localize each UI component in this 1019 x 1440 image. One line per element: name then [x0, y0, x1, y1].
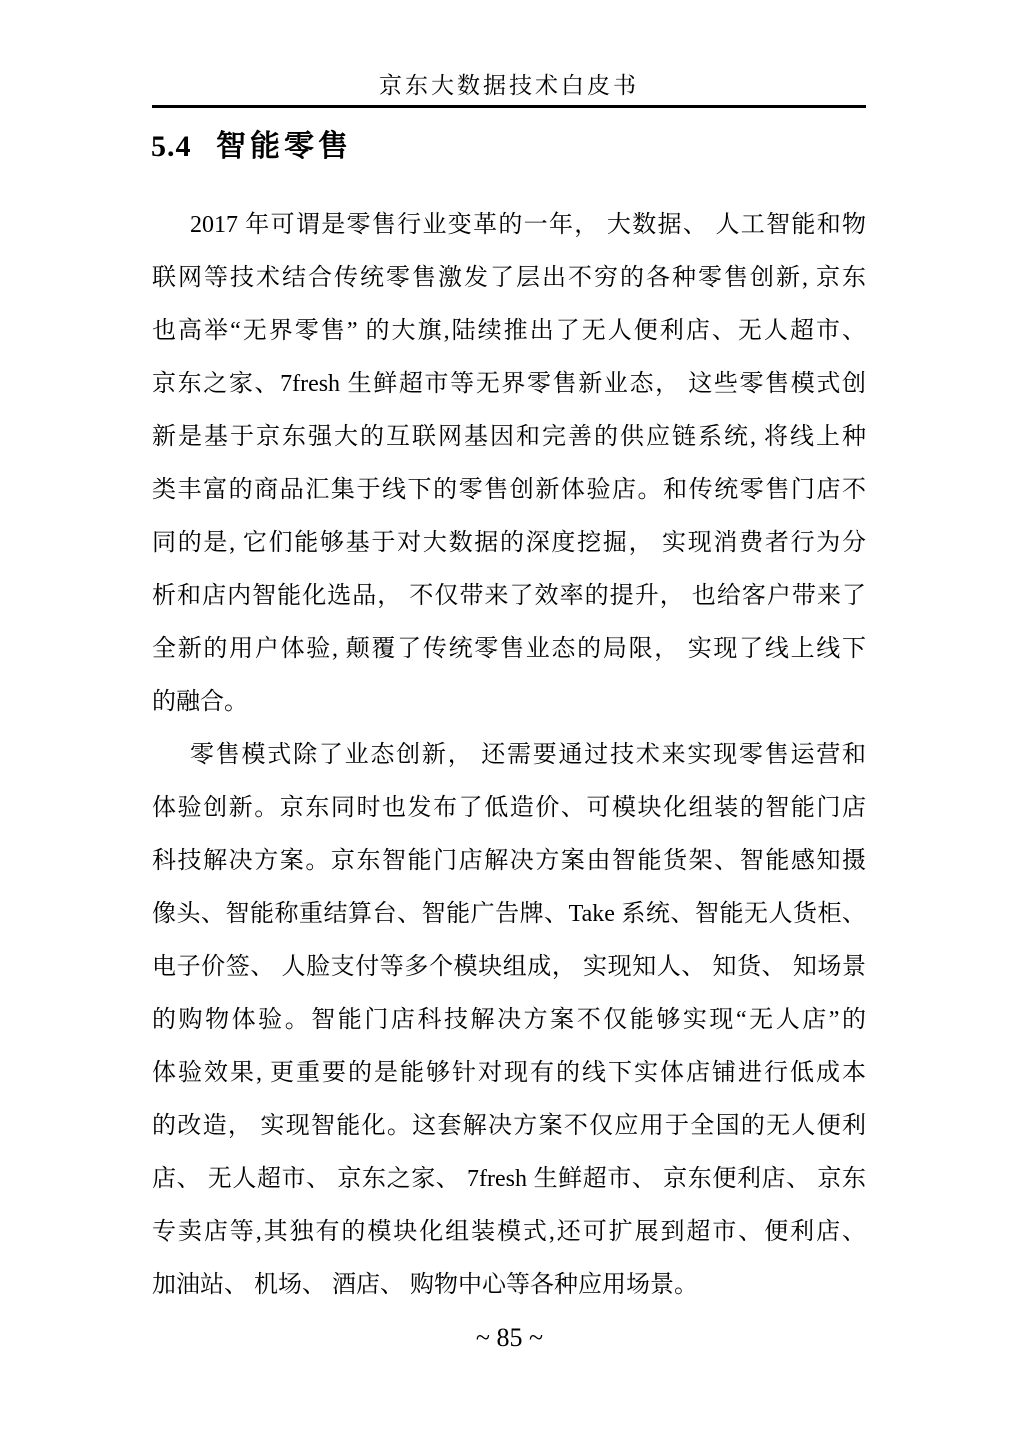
- text-line: 像头、智能称重结算台、智能广告牌、Take 系统、智能无人货柜、: [152, 888, 866, 941]
- text-line: 体验效果, 更重要的是能够针对现有的线下实体店铺进行低成本: [152, 1047, 866, 1100]
- text-line: 科技解决方案。京东智能门店解决方案由智能货架、智能感知摄: [152, 835, 866, 888]
- text-line: 2017 年可谓是零售行业变革的一年， 大数据、 人工智能和物: [152, 199, 866, 252]
- text-line: 析和店内智能化选品， 不仅带来了效率的提升， 也给客户带来了: [152, 570, 866, 623]
- section-title: 智能零售: [216, 130, 352, 163]
- text-line: 新是基于京东强大的互联网基因和完善的供应链系统, 将线上种: [152, 411, 866, 464]
- text-line: 京东之家、7fresh 生鲜超市等无界零售新业态， 这些零售模式创: [152, 358, 866, 411]
- page-number: ~ 85 ~: [0, 1318, 1019, 1358]
- header-rule: [152, 105, 866, 108]
- text-line: 的改造， 实现智能化。这套解决方案不仅应用于全国的无人便利: [152, 1100, 866, 1153]
- document-page: 京东大数据技术白皮书 5.4 智能零售 2017 年可谓是零售行业变革的一年， …: [0, 0, 1019, 1440]
- text-line: 加油站、 机场、 酒店、 购物中心等各种应用场景。: [152, 1259, 866, 1312]
- section-heading: 5.4 智能零售: [151, 128, 352, 166]
- text-line: 零售模式除了业态创新， 还需要通过技术来实现零售运营和: [152, 729, 866, 782]
- text-line: 全新的用户体验, 颠覆了传统零售业态的局限， 实现了线上线下: [152, 623, 866, 676]
- text-line: 类丰富的商品汇集于线下的零售创新体验店。和传统零售门店不: [152, 464, 866, 517]
- section-number: 5.4: [151, 130, 192, 163]
- text-line: 也高举“无界零售” 的大旗,陆续推出了无人便利店、无人超市、: [152, 305, 866, 358]
- document-body: 2017 年可谓是零售行业变革的一年， 大数据、 人工智能和物联网等技术结合传统…: [152, 199, 866, 1312]
- paragraph: 2017 年可谓是零售行业变革的一年， 大数据、 人工智能和物联网等技术结合传统…: [152, 199, 866, 729]
- text-line: 联网等技术结合传统零售激发了层出不穷的各种零售创新, 京东: [152, 252, 866, 305]
- text-line: 的购物体验。智能门店科技解决方案不仅能够实现“无人店”的: [152, 994, 866, 1047]
- text-line: 专卖店等,其独有的模块化组装模式,还可扩展到超市、便利店、: [152, 1206, 866, 1259]
- text-line: 的融合。: [152, 676, 866, 729]
- text-line: 电子价签、 人脸支付等多个模块组成， 实现知人、 知货、 知场景: [152, 941, 866, 994]
- page-header-title: 京东大数据技术白皮书: [152, 71, 866, 101]
- text-line: 体验创新。京东同时也发布了低造价、可模块化组装的智能门店: [152, 782, 866, 835]
- text-line: 同的是, 它们能够基于对大数据的深度挖掘， 实现消费者行为分: [152, 517, 866, 570]
- paragraph: 零售模式除了业态创新， 还需要通过技术来实现零售运营和体验创新。京东同时也发布了…: [152, 729, 866, 1312]
- text-line: 店、 无人超市、 京东之家、 7fresh 生鲜超市、 京东便利店、 京东: [152, 1153, 866, 1206]
